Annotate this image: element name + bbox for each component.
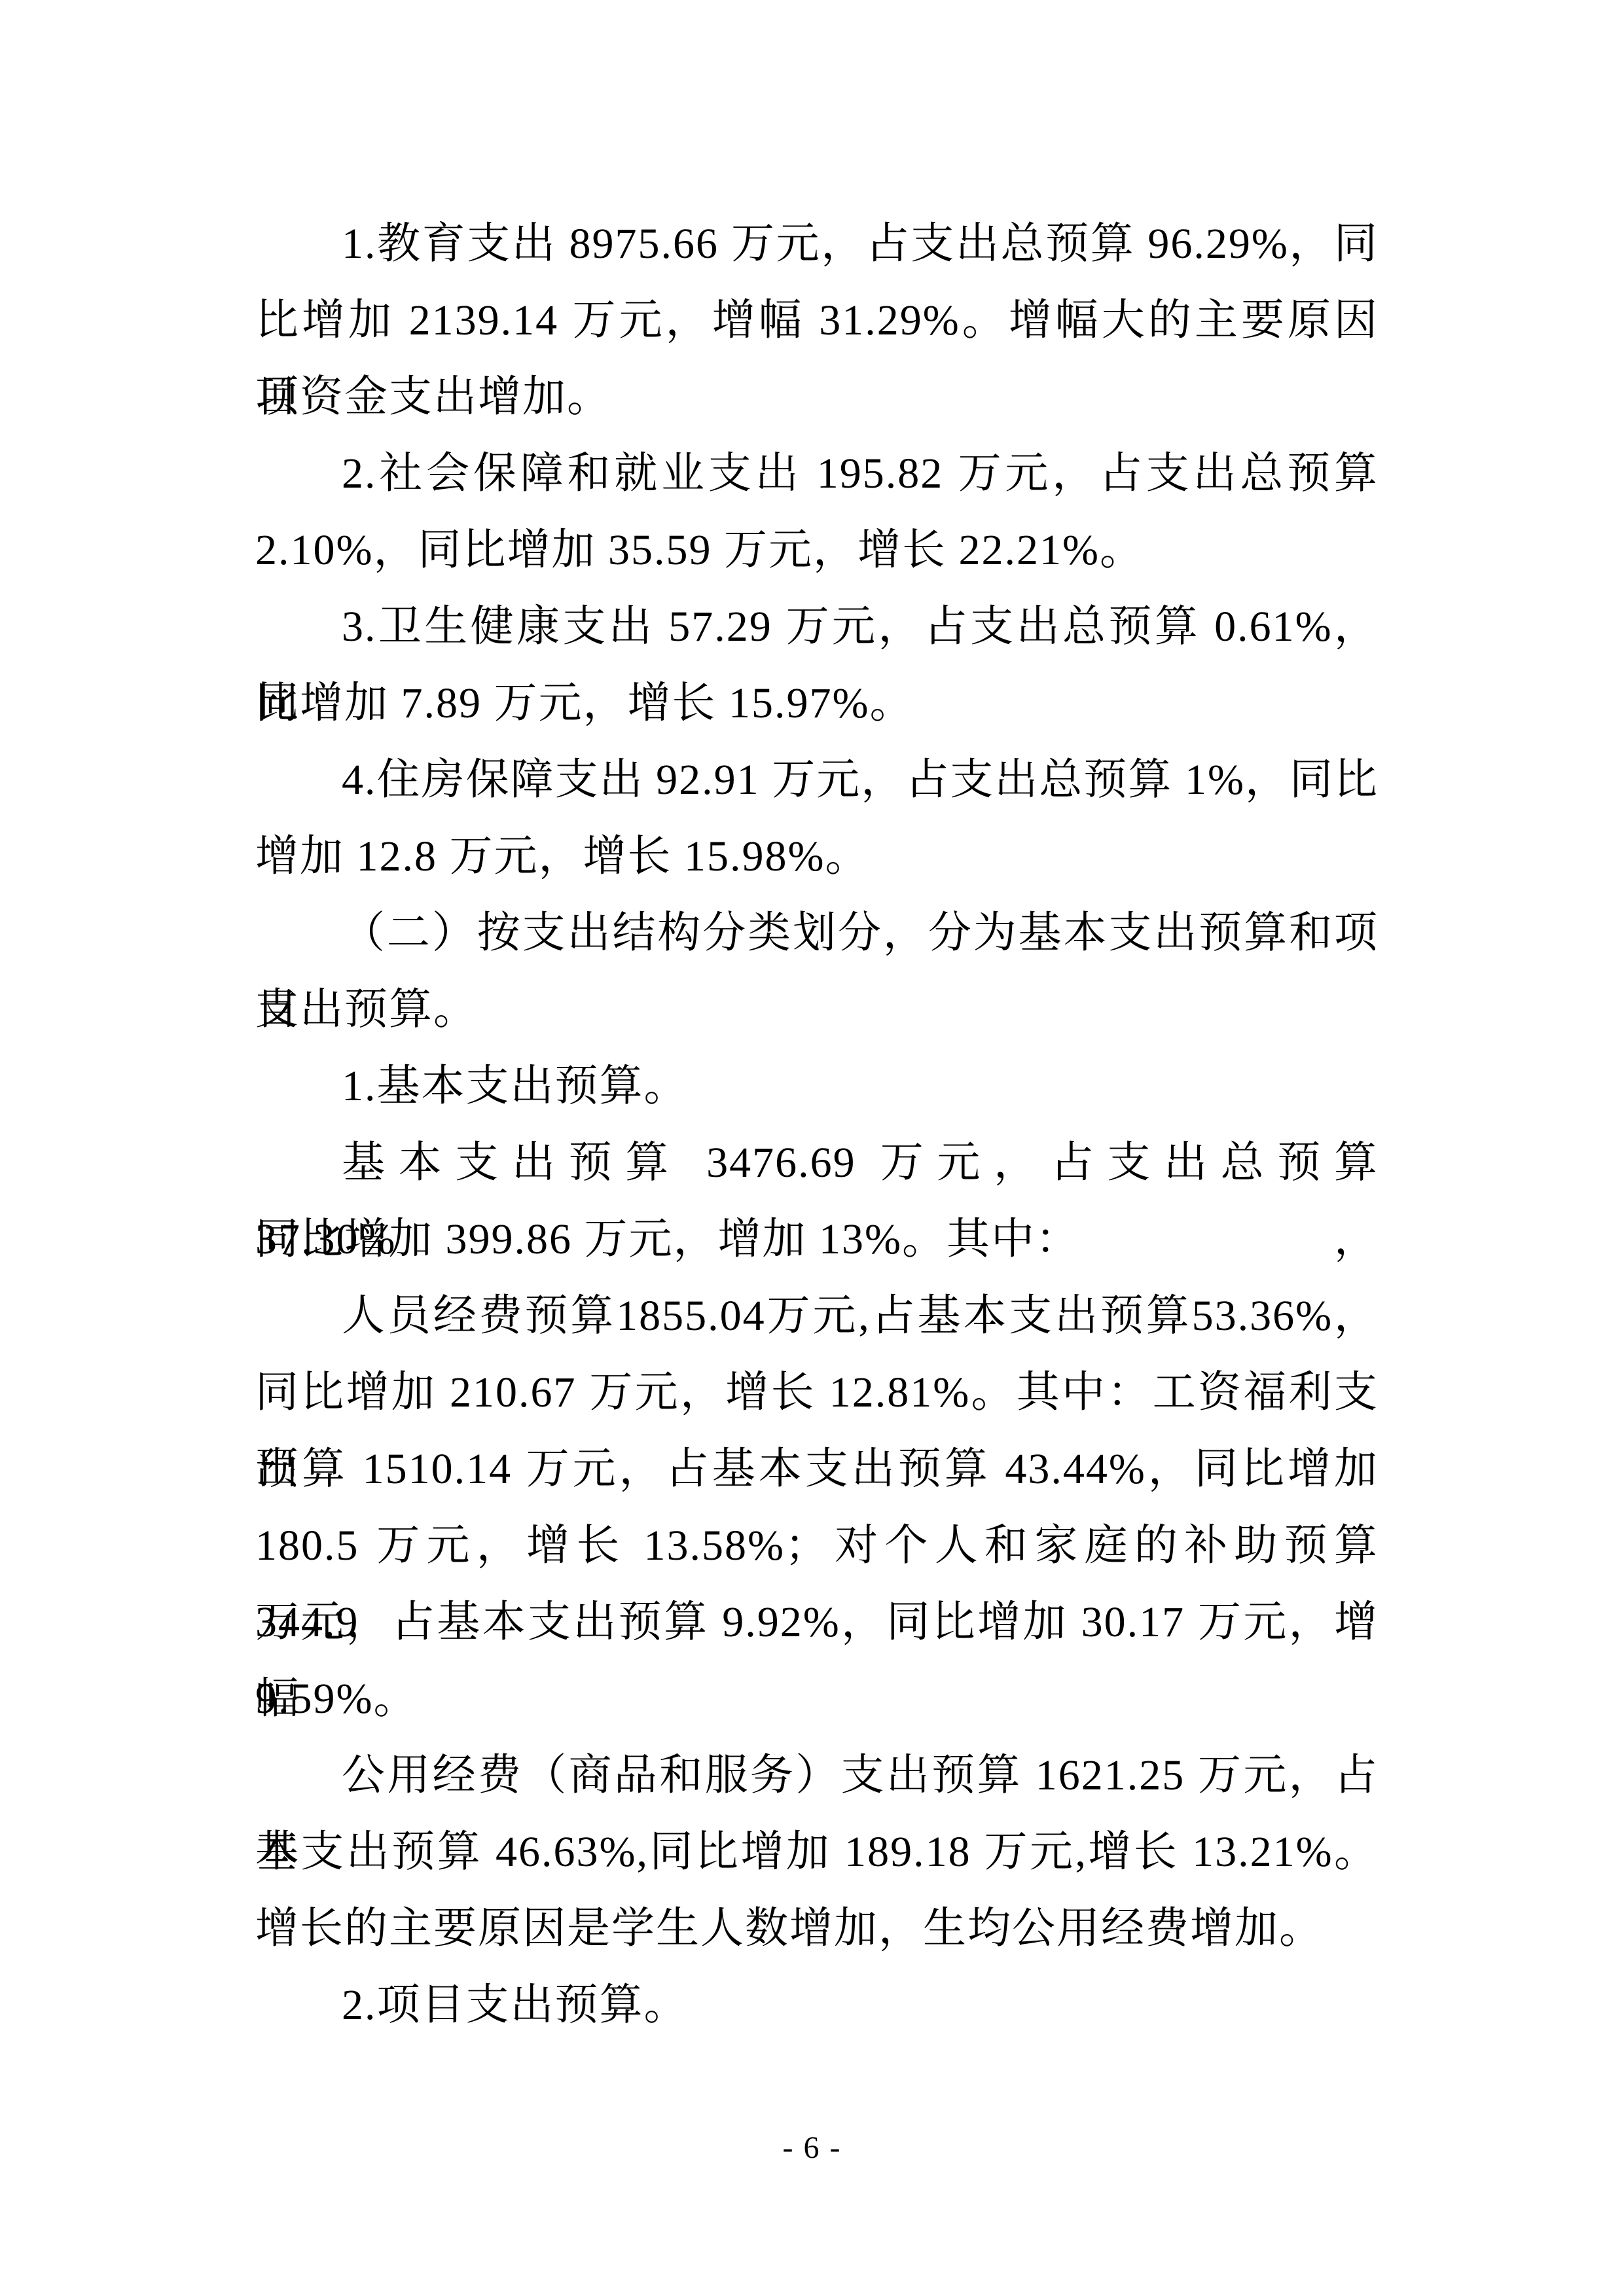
text-line: 1.教育支出 8975.66 万元，占支出总预算 96.29%，同: [255, 206, 1379, 282]
text-line: 人员经费预算1855.04万元,占基本支出预算53.36%，: [255, 1278, 1379, 1354]
text-line: （二）按支出结构分类划分，分为基本支出预算和项目: [255, 895, 1379, 971]
text-line: 180.5 万元，增长 13.58%；对个人和家庭的补助预算 344.9: [255, 1507, 1379, 1584]
text-line: 2.社会保障和就业支出 195.82 万元，占支出总预算: [255, 435, 1379, 512]
text-line: 万元，占基本支出预算 9.92%，同比增加 30.17 万元，增幅: [255, 1584, 1379, 1660]
text-line: 同比增加 210.67 万元，增长 12.81%。其中：工资福利支出: [255, 1354, 1379, 1431]
text-line: 目资金支出增加。: [255, 359, 1379, 435]
text-line: 预算 1510.14 万元，占基本支出预算 43.44%，同比增加: [255, 1431, 1379, 1507]
text-line: 支出预算。: [255, 971, 1379, 1048]
text-line: 基本支出预算 3476.69 万元，占支出总预算 37.30%，: [255, 1124, 1379, 1201]
text-line: 4.住房保障支出 92.91 万元，占支出总预算 1%，同比: [255, 742, 1379, 818]
text-line: 比增加 7.89 万元，增长 15.97%。: [255, 665, 1379, 742]
document-body: 1.教育支出 8975.66 万元，占支出总预算 96.29%，同 比增加 21…: [255, 206, 1379, 2043]
text-line: 增长的主要原因是学生人数增加，生均公用经费增加。: [255, 1890, 1379, 1967]
text-line: 2.10%，同比增加 35.59 万元，增长 22.21%。: [255, 512, 1379, 588]
text-line: 1.基本支出预算。: [255, 1048, 1379, 1124]
text-line: 本支出预算 46.63%,同比增加 189.18 万元,增长 13.21%。: [255, 1814, 1379, 1890]
text-line: 比增加 2139.14 万元，增幅 31.29%。增幅大的主要原因项: [255, 282, 1379, 359]
text-line: 9.59%。: [255, 1660, 1379, 1737]
text-line: 公用经费（商品和服务）支出预算 1621.25 万元，占基: [255, 1737, 1379, 1814]
text-line: 增加 12.8 万元，增长 15.98%。: [255, 818, 1379, 895]
page-number: - 6 -: [0, 2113, 1624, 2183]
document-page: 1.教育支出 8975.66 万元，占支出总预算 96.29%，同 比增加 21…: [0, 0, 1624, 2296]
text-line: 2.项目支出预算。: [255, 1967, 1379, 2043]
text-line: 3.卫生健康支出 57.29 万元，占支出总预算 0.61%，同: [255, 588, 1379, 665]
